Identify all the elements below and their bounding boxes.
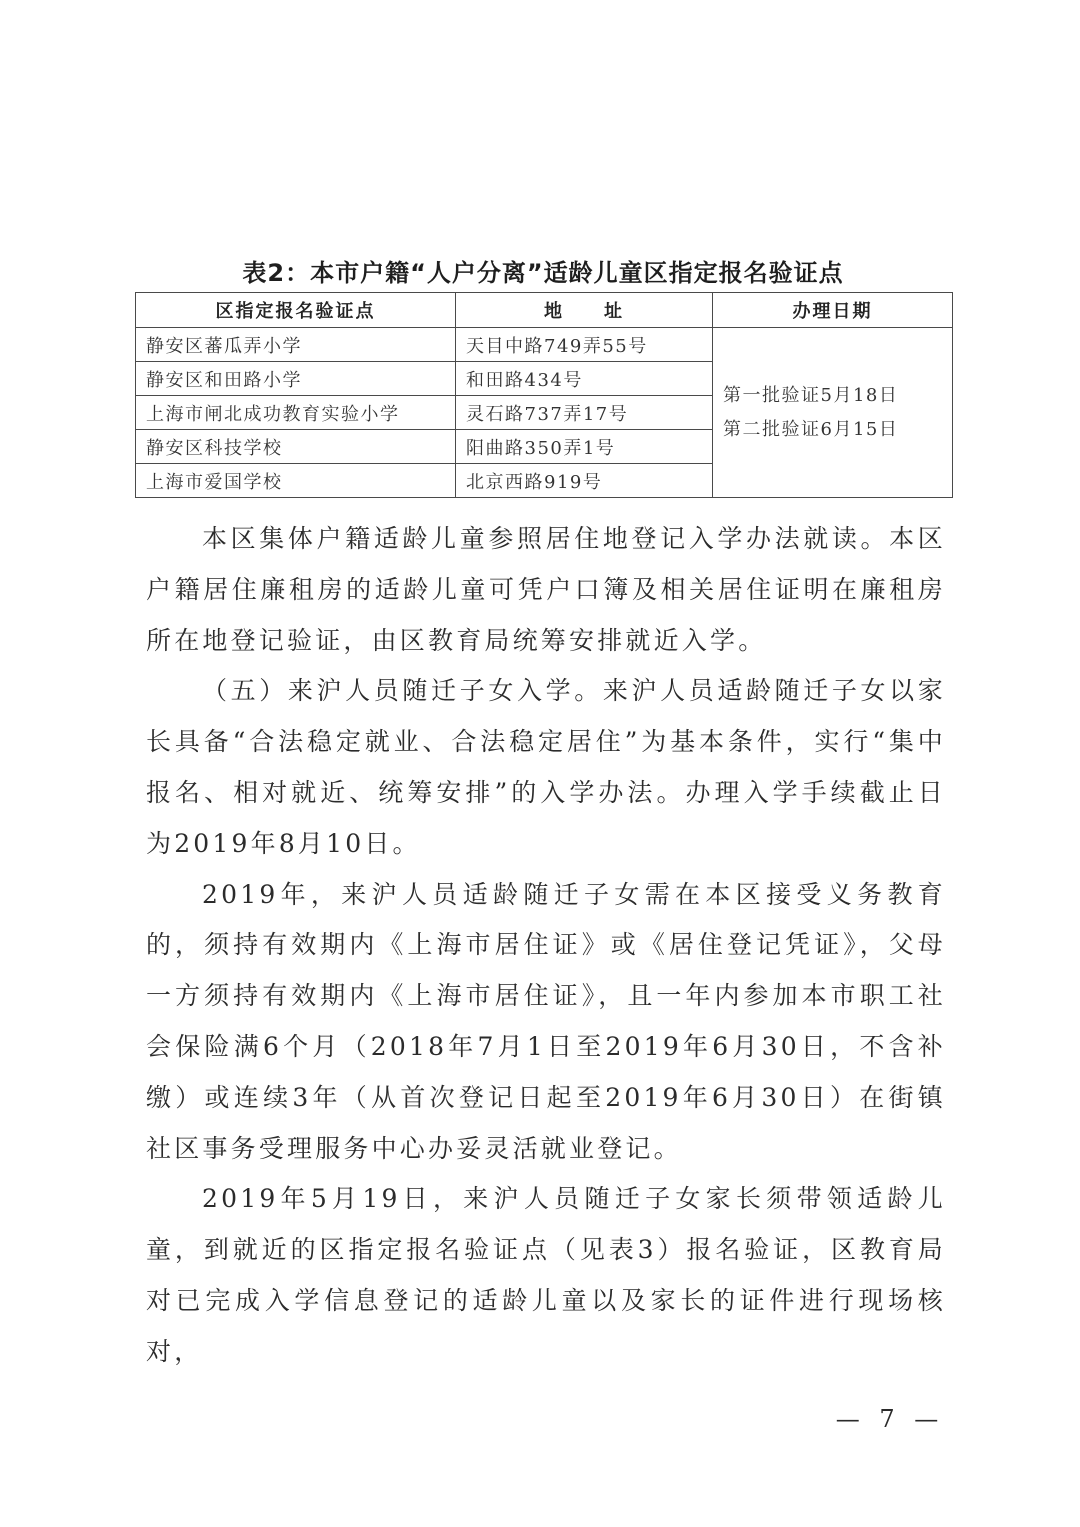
first-batch-date: 第一批验证5月18日 — [723, 379, 952, 413]
site-name: 静安区科技学校 — [136, 430, 456, 464]
site-address: 和田路434号 — [456, 362, 713, 396]
table-title: 表2：本市户籍“人户分离”适龄儿童区指定报名验证点 — [135, 253, 951, 288]
header-site: 区指定报名验证点 — [136, 293, 456, 328]
site-address: 北京西路919号 — [456, 464, 713, 498]
paragraph-registration-date: 2019年5月19日，来沪人员随迁子女家长须带领适龄儿童，到就近的区指定报名验证… — [146, 1174, 946, 1377]
table-row: 静安区蕃瓜弄小学 天目中路749弄55号 第一批验证5月18日 第二批验证6月1… — [136, 328, 953, 362]
site-address: 天目中路749弄55号 — [456, 328, 713, 362]
page-number: — 7 — — [830, 1405, 950, 1433]
site-name: 静安区和田路小学 — [136, 362, 456, 396]
body-text: 本区集体户籍适龄儿童参照居住地登记入学办法就读。本区户籍居住廉租房的适龄儿童可凭… — [146, 514, 946, 1378]
site-name: 上海市爱国学校 — [136, 464, 456, 498]
paragraph-migrant-children: （五）来沪人员随迁子女入学。来沪人员适龄随迁子女以家长具备“合法稳定就业、合法稳… — [146, 666, 946, 869]
second-batch-date: 第二批验证6月15日 — [723, 413, 952, 447]
site-name: 静安区蕃瓜弄小学 — [136, 328, 456, 362]
verification-sites-table: 区指定报名验证点 地 址 办理日期 静安区蕃瓜弄小学 天目中路749弄55号 第… — [135, 292, 953, 498]
paragraph-requirements-2019: 2019年，来沪人员适龄随迁子女需在本区接受义务教育的，须持有效期内《上海市居住… — [146, 870, 946, 1175]
processing-dates: 第一批验证5月18日 第二批验证6月15日 — [713, 328, 953, 498]
site-name: 上海市闸北成功教育实验小学 — [136, 396, 456, 430]
header-address: 地 址 — [456, 293, 713, 328]
site-address: 阳曲路350弄1号 — [456, 430, 713, 464]
header-date: 办理日期 — [713, 293, 953, 328]
site-address: 灵石路737弄17号 — [456, 396, 713, 430]
paragraph-collective-household: 本区集体户籍适龄儿童参照居住地登记入学办法就读。本区户籍居住廉租房的适龄儿童可凭… — [146, 514, 946, 666]
table-header-row: 区指定报名验证点 地 址 办理日期 — [136, 293, 953, 328]
